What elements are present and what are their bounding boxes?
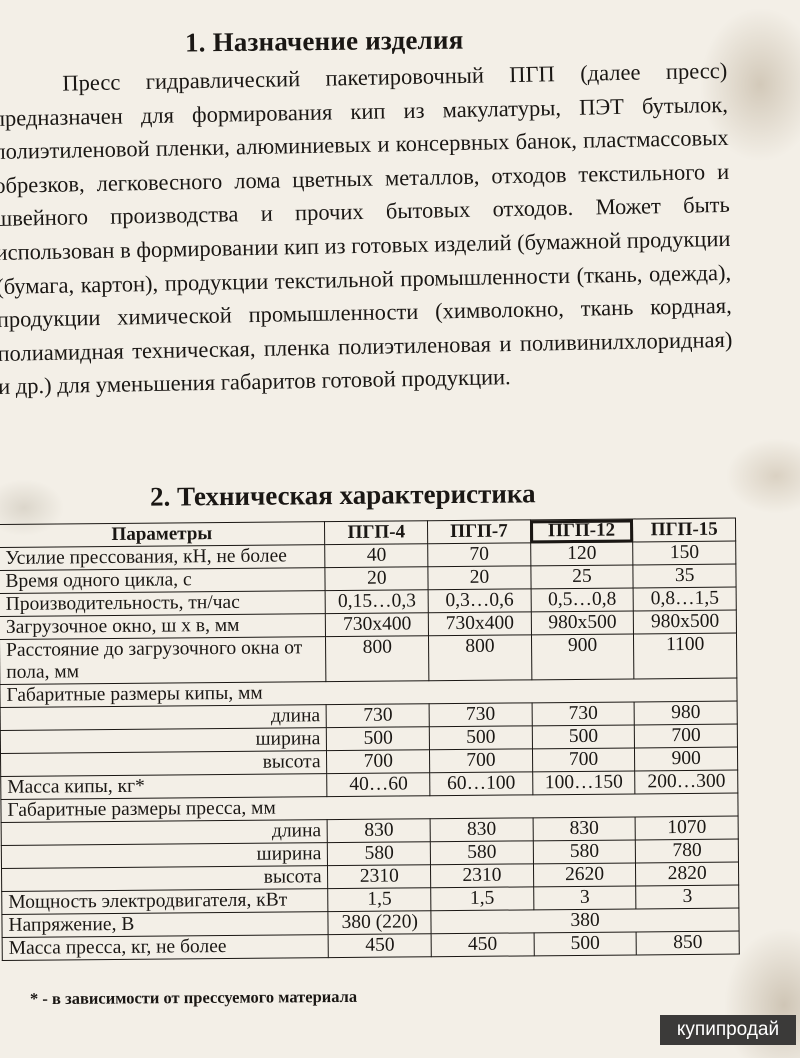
param-value: 730 <box>532 702 635 726</box>
param-value: 700 <box>430 749 533 773</box>
section-2-title: 2. Техническая характеристика <box>150 478 536 512</box>
param-value: 200…300 <box>635 770 738 794</box>
param-value: 700 <box>532 748 635 772</box>
header-model-marked: ПГП-12 <box>530 519 633 543</box>
param-value: 730х400 <box>428 612 531 636</box>
param-value: 800 <box>326 636 429 682</box>
param-value: 850 <box>636 931 739 955</box>
param-label: Масса кипы, кг* <box>1 774 328 800</box>
table-row: Расстояние до загрузочного окна от пола,… <box>0 633 737 684</box>
param-value: 60…100 <box>430 772 533 796</box>
param-label: Мощность электродвигателя, кВт <box>2 889 329 915</box>
param-label: ширина <box>0 728 327 754</box>
param-value: 450 <box>329 934 432 958</box>
param-value: 70 <box>428 543 531 567</box>
param-value: 830 <box>328 819 431 843</box>
purpose-text: Пресс гидравлический пакетировочный ПГП … <box>0 58 733 399</box>
specs-table-wrapper: Параметры ПГП-4 ПГП-7 ПГП-12 ПГП-15 Усил… <box>0 518 740 961</box>
param-value: 120 <box>530 542 633 566</box>
param-label: Производительность, тн/час <box>0 591 326 617</box>
param-value: 500 <box>429 726 532 750</box>
param-label: высота <box>2 866 329 892</box>
param-value: 900 <box>531 634 634 680</box>
param-value: 1070 <box>635 816 738 840</box>
param-label: ширина <box>1 843 328 869</box>
section-1-title: 1. Назначение изделия <box>185 25 464 59</box>
param-value: 0,3…0,6 <box>428 589 531 613</box>
header-model: ПГП-7 <box>428 520 531 544</box>
param-label: длина <box>1 820 328 846</box>
param-value: 0,15…0,3 <box>326 590 429 614</box>
param-value: 980 <box>634 701 737 725</box>
param-value: 500 <box>532 725 635 749</box>
param-value: 980х500 <box>531 611 634 635</box>
param-label: Масса пресса, кг, не более <box>2 935 329 961</box>
param-value: 1,5 <box>328 888 431 912</box>
param-value: 2310 <box>328 865 431 889</box>
param-value: 800 <box>429 635 532 681</box>
param-value: 2820 <box>636 862 739 886</box>
param-value: 100…150 <box>532 771 635 795</box>
param-value: 150 <box>633 541 736 565</box>
param-value: 380 (220) <box>328 911 431 935</box>
param-label: Напряжение, В <box>2 912 329 938</box>
param-value: 780 <box>636 839 739 863</box>
param-value: 580 <box>430 841 533 865</box>
param-value: 730 <box>429 703 532 727</box>
param-value: 450 <box>431 933 534 957</box>
param-value: 2620 <box>533 863 636 887</box>
param-value: 700 <box>327 750 430 774</box>
param-value: 2310 <box>431 864 534 888</box>
param-value: 20 <box>325 567 428 591</box>
param-value: 500 <box>534 932 637 956</box>
header-model: ПГП-15 <box>633 518 736 542</box>
param-value: 40…60 <box>327 773 430 797</box>
param-value: 730 <box>327 704 430 728</box>
param-value: 580 <box>533 840 636 864</box>
param-value: 980х500 <box>634 610 737 634</box>
param-value: 20 <box>428 566 531 590</box>
param-value: 580 <box>328 842 431 866</box>
param-value: 700 <box>635 724 738 748</box>
param-value: 900 <box>635 747 738 771</box>
param-label: Загрузочное окно, ш х в, мм <box>0 614 326 640</box>
param-value: 500 <box>327 727 430 751</box>
header-model: ПГП-4 <box>325 521 428 545</box>
purpose-paragraph: Пресс гидравлический пакетировочный ПГП … <box>0 54 733 404</box>
param-label: Усилие прессования, кН, не более <box>0 545 325 571</box>
watermark-badge: купипродай <box>660 1015 796 1045</box>
param-value: 730х400 <box>326 613 429 637</box>
header-params: Параметры <box>0 522 325 548</box>
param-value: 25 <box>531 565 634 589</box>
param-label: Расстояние до загрузочного окна от пола,… <box>0 637 326 685</box>
specs-table: Параметры ПГП-4 ПГП-7 ПГП-12 ПГП-15 Усил… <box>0 518 740 961</box>
param-value: 0,5…0,8 <box>531 588 634 612</box>
param-value: 0,8…1,5 <box>633 587 736 611</box>
param-value: 3 <box>533 886 636 910</box>
param-value: 40 <box>325 544 428 568</box>
param-value: 1100 <box>634 633 737 679</box>
param-label: Время одного цикла, с <box>0 568 326 594</box>
param-value: 1,5 <box>431 887 534 911</box>
param-label: длина <box>0 705 327 731</box>
param-label: высота <box>1 751 328 777</box>
param-value: 830 <box>533 817 636 841</box>
param-value: 3 <box>636 885 739 909</box>
footnote: * - в зависимости от прессуемого материа… <box>30 987 357 1009</box>
param-value-merged: 380 <box>431 908 739 934</box>
param-value: 830 <box>430 818 533 842</box>
param-value: 35 <box>633 564 736 588</box>
